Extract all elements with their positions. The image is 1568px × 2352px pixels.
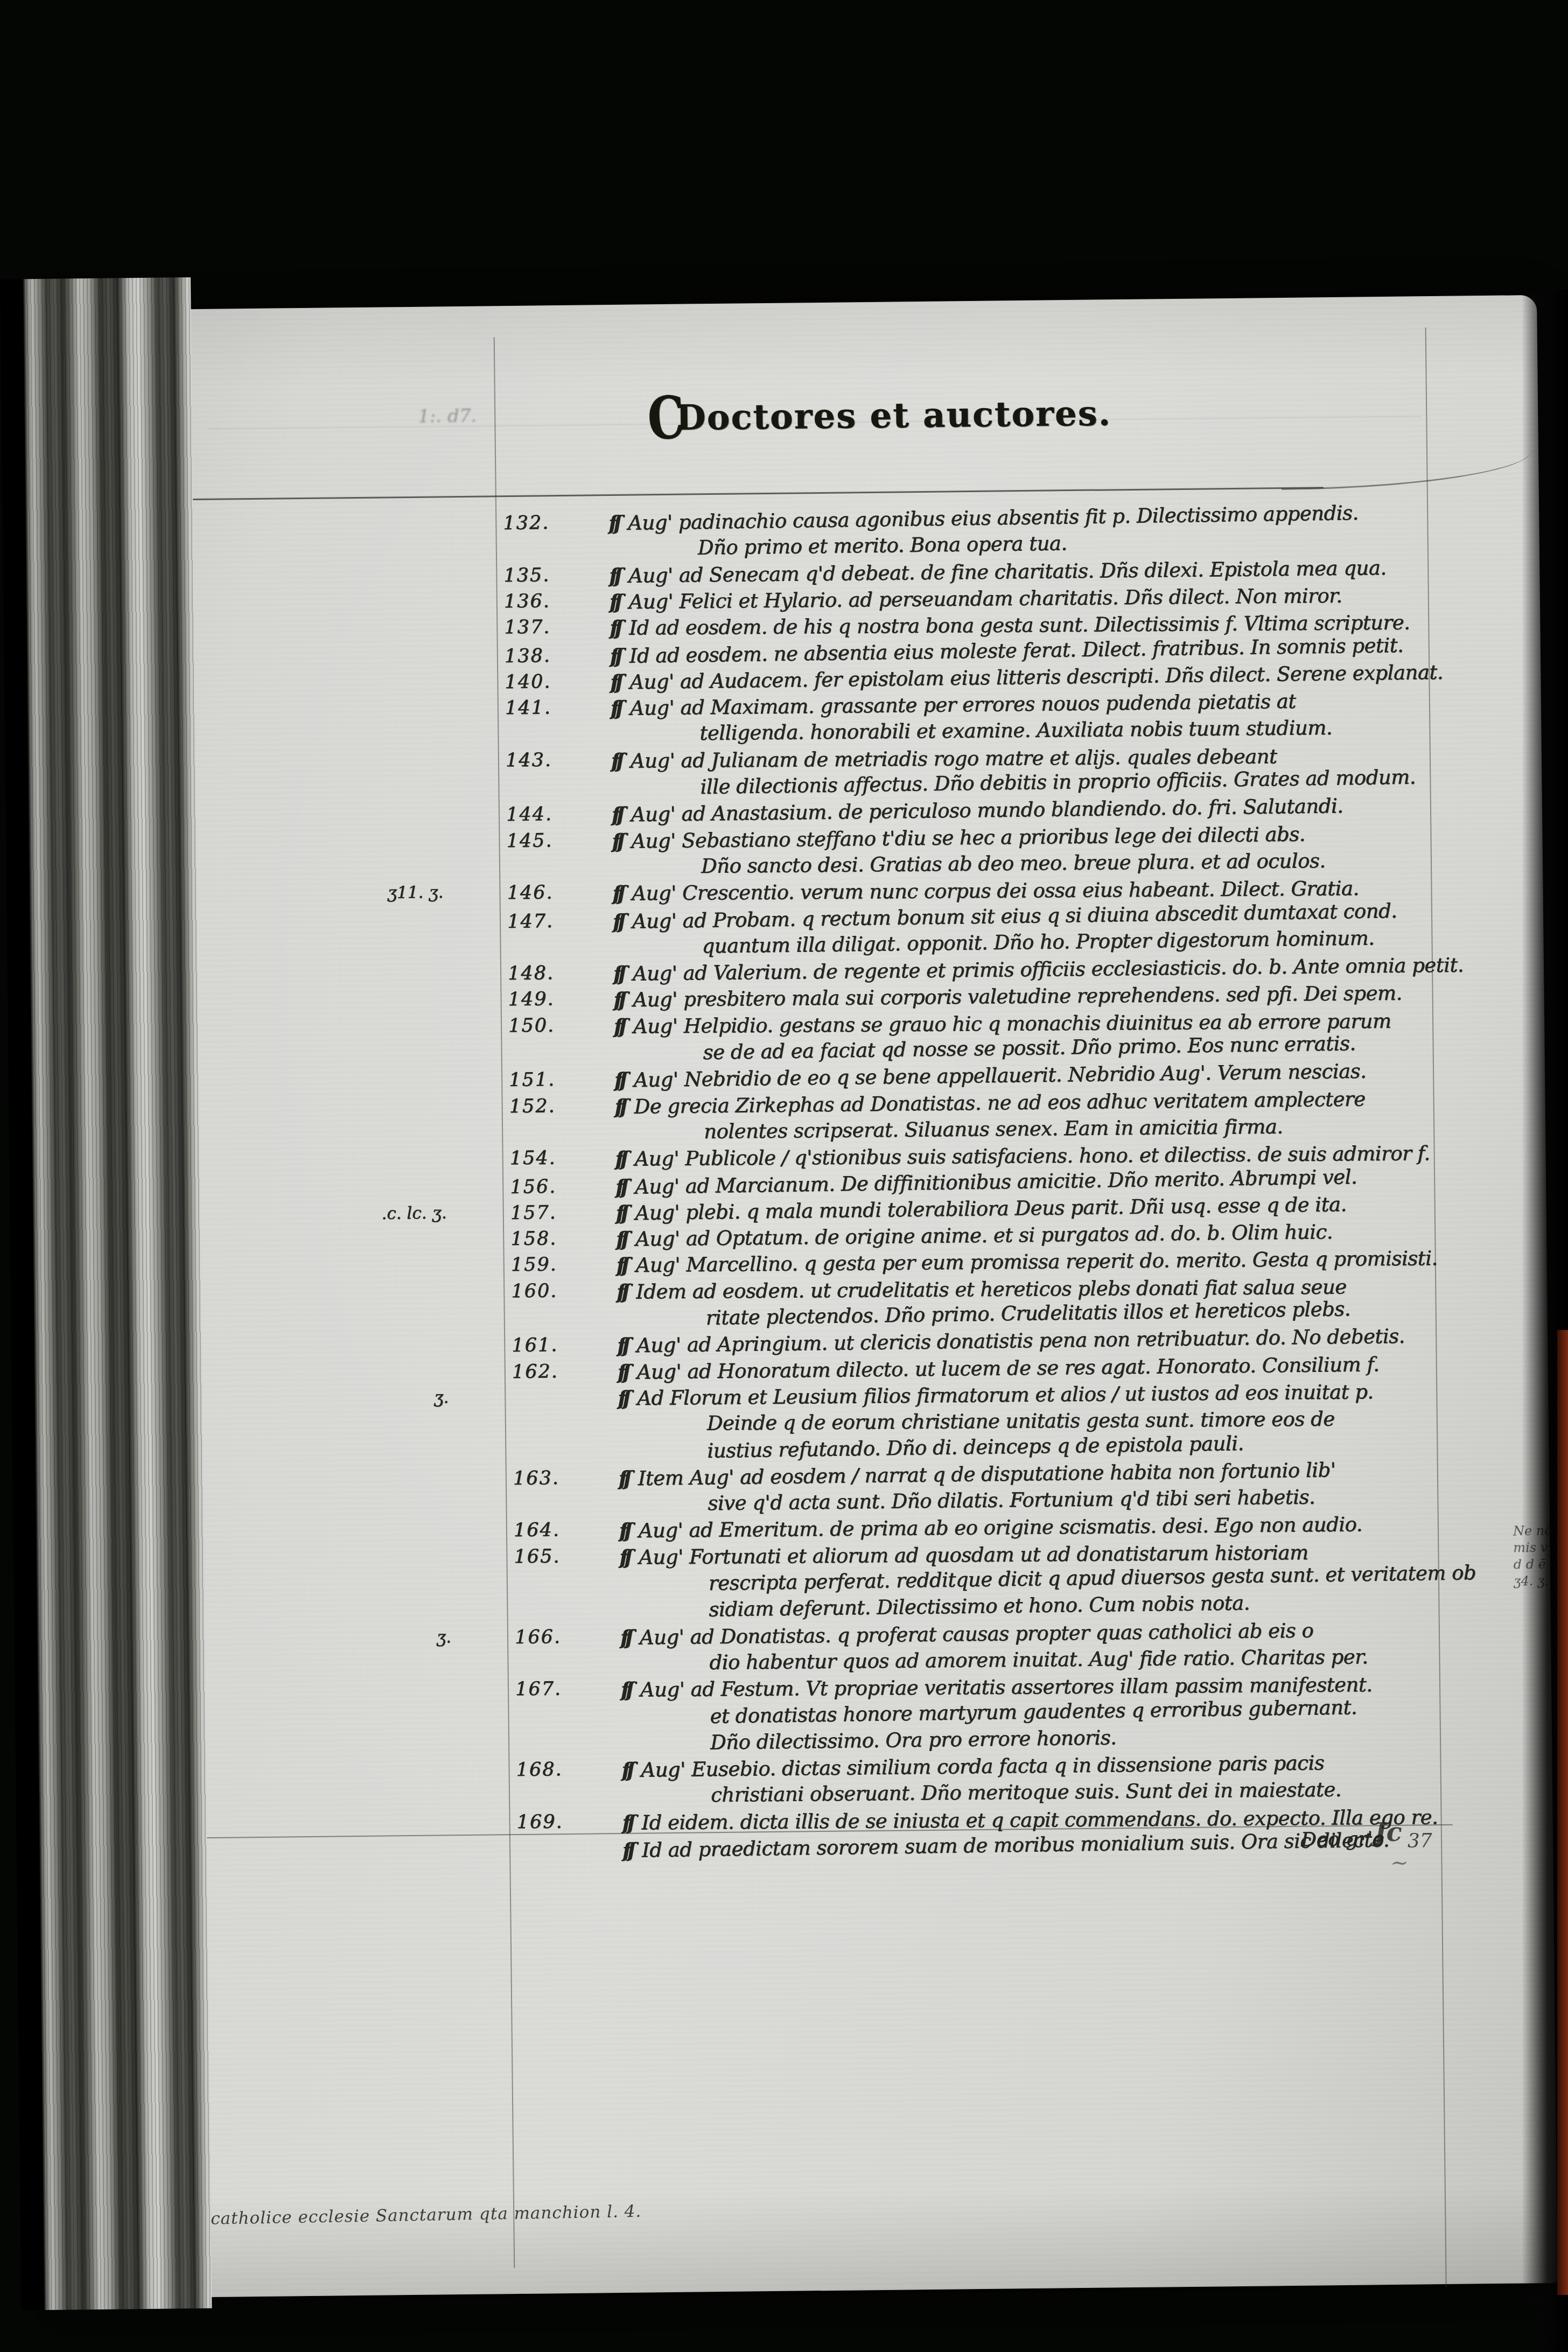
entry-rows: 132.ſſAug' padinachio causa agonibus eiu… <box>46 295 1558 2299</box>
margin-note-left: .c. lc. ʒ. <box>282 1203 447 1224</box>
pilcrow-icon: ſſ <box>621 1678 631 1702</box>
book-page-edges-left <box>0 277 212 2311</box>
entry-number: 157. <box>476 1202 557 1224</box>
margin-note-left: ʒ. <box>284 1388 449 1409</box>
pilcrow-icon: ſſ <box>615 1201 625 1224</box>
pilcrow-icon: ſſ <box>610 644 620 668</box>
entry-number: 136. <box>470 590 550 612</box>
entry-number: 141. <box>471 697 551 719</box>
entry-number: 168. <box>481 1759 562 1781</box>
entry-number: 140. <box>470 671 551 694</box>
entry-text: telligenda. honorabili et examine. Auxil… <box>699 716 1332 745</box>
pilcrow-icon: ſſ <box>611 748 621 772</box>
entry-text: Dño dilectissimo. Ora pro errore honoris… <box>710 1726 1117 1754</box>
entry-number: 159. <box>477 1254 557 1276</box>
pilcrow-icon: ſſ <box>613 988 623 1012</box>
entry-number: 145. <box>472 830 552 852</box>
entry-number: 148. <box>473 962 554 985</box>
pilcrow-icon: ſſ <box>619 1545 629 1569</box>
entry-number: 162. <box>478 1361 558 1383</box>
pilcrow-icon: ſſ <box>618 1360 627 1383</box>
pilcrow-icon: ſſ <box>619 1466 628 1490</box>
pilcrow-icon: ſſ <box>611 696 620 720</box>
pilcrow-icon: ſſ <box>617 1334 627 1357</box>
entry-number: 143. <box>471 749 552 771</box>
entry-number: 144. <box>472 803 552 826</box>
folio-mark: Jc37 ∼ <box>1374 1817 1427 1847</box>
pilcrow-icon: ſſ <box>612 803 621 827</box>
entry-number: 147. <box>473 910 554 933</box>
entry-number: 150. <box>474 1014 555 1037</box>
entry-number: 169. <box>482 1811 563 1833</box>
pilcrow-icon: ſſ <box>610 616 619 640</box>
entry-number: 138. <box>470 645 551 667</box>
pilcrow-icon: ſſ <box>612 881 622 905</box>
entry-number: 164. <box>479 1520 560 1542</box>
entry-number: 146. <box>472 882 553 904</box>
pilcrow-icon: ſſ <box>612 829 621 852</box>
pilcrow-icon: ſſ <box>622 1810 632 1834</box>
red-fore-edge <box>1557 1330 1568 2295</box>
entry-number: 163. <box>479 1467 559 1490</box>
entry-text: Deinde q de eorum christiane unitatis ge… <box>707 1408 1335 1435</box>
pilcrow-icon: ſſ <box>613 962 623 985</box>
entry-number: 137. <box>470 617 550 639</box>
pilcrow-icon: ſſ <box>620 1625 630 1649</box>
entry-number: 158. <box>476 1228 557 1250</box>
entry-number: 154. <box>475 1147 556 1170</box>
entry-number: 135. <box>469 564 550 587</box>
entry-number: 165. <box>479 1545 560 1567</box>
entry-number: 167. <box>481 1678 562 1700</box>
pilcrow-icon: ſſ <box>608 511 618 535</box>
entry-number: 149. <box>473 989 554 1011</box>
pilcrow-icon: ſſ <box>610 590 619 613</box>
pilcrow-icon: ſſ <box>618 1386 627 1410</box>
entry-number: 160. <box>477 1280 557 1302</box>
entry-number: 132. <box>468 512 550 535</box>
manuscript-page: 1:. d7. C Doctores et auctores. 132.ſſAu… <box>46 295 1558 2299</box>
pilcrow-icon: ſſ <box>615 1174 625 1198</box>
entry-number: 151. <box>474 1069 555 1091</box>
pilcrow-icon: ſſ <box>621 1758 631 1782</box>
folio-number: 37 <box>1408 1830 1432 1852</box>
entry-number: 152. <box>474 1095 555 1118</box>
pilcrow-icon: ſſ <box>609 563 619 587</box>
folio-flourish: ∼ <box>1390 1851 1409 1875</box>
pilcrow-icon: ſſ <box>614 1068 624 1092</box>
pilcrow-icon: ſſ <box>617 1254 626 1277</box>
pilcrow-icon: ſſ <box>617 1279 626 1303</box>
margin-note-left: ʒ11. ʒ. <box>278 883 443 903</box>
entry-number: 166. <box>480 1626 561 1649</box>
pilcrow-icon: ſſ <box>615 1147 625 1171</box>
entry-tail-text: Deo gr'e <box>1301 1828 1384 1851</box>
pilcrow-icon: ſſ <box>622 1838 632 1862</box>
pilcrow-icon: ſſ <box>616 1227 626 1251</box>
entry-number: 161. <box>477 1334 558 1357</box>
entry-text: Dño primo et merito. Bona opera tua. <box>698 532 1067 559</box>
entry-text: christiani obseruant. Dño meritoque suis… <box>711 1778 1341 1807</box>
pilcrow-icon: ſſ <box>614 1014 624 1038</box>
photo-of-manuscript: { "colors":{ "background":"#040604", "pa… <box>0 0 1568 2352</box>
margin-note-left: ʒ. <box>286 1627 451 1648</box>
pilcrow-icon: ſſ <box>610 670 620 694</box>
entry-text: nolentes scripserat. Siluanus senex. Eam… <box>704 1115 1283 1143</box>
pilcrow-icon: ſſ <box>619 1519 629 1543</box>
pilcrow-icon: ſſ <box>614 1094 624 1118</box>
entry-text: Dño sancto desi. Gratias ab deo meo. bre… <box>701 849 1326 878</box>
folio-sign: Jc <box>1374 1817 1403 1848</box>
pilcrow-icon: ſſ <box>613 909 622 933</box>
entry-number: 156. <box>475 1175 557 1198</box>
